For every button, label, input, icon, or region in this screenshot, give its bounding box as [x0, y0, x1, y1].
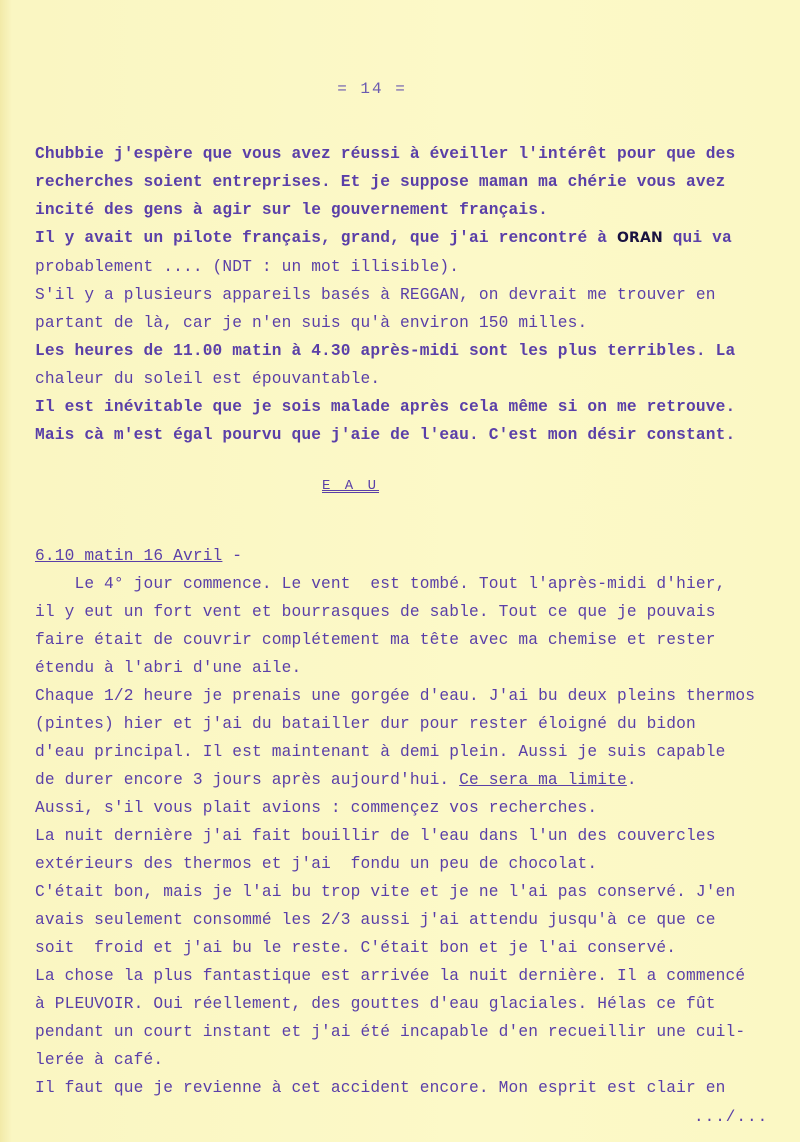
text-line: probablement .... (NDT : un mot illisibl…	[35, 257, 459, 277]
text-line: Chaque 1/2 heure je prenais une gorgée d…	[35, 686, 755, 706]
text-line: (pintes) hier et j'ai du batailler dur p…	[35, 714, 696, 734]
text-line: partant de là, car je n'en suis qu'à env…	[35, 313, 587, 333]
section-title: E A U	[322, 478, 379, 494]
text-line: Le 4° jour commence. Le vent est tombé. …	[35, 574, 726, 594]
text-fragment: Il y avait un pilote français, grand, qu…	[35, 229, 617, 247]
text-line: C'était bon, mais je l'ai bu trop vite e…	[35, 882, 735, 902]
text-line: recherches soient entreprises. Et je sup…	[35, 172, 726, 192]
text-fragment: -	[222, 547, 242, 565]
text-line: La chose la plus fantastique est arrivée…	[35, 966, 745, 986]
text-line: à PLEUVOIR. Oui réellement, des gouttes …	[35, 994, 716, 1014]
text-line: Il faut que je revienne à cet accident e…	[35, 1078, 726, 1098]
text-line: chaleur du soleil est épouvantable.	[35, 369, 380, 389]
text-fragment: .	[627, 771, 637, 789]
text-line: incité des gens à agir sur le gouverneme…	[35, 200, 548, 220]
text-line: pendant un court instant et j'ai été inc…	[35, 1022, 745, 1042]
text-line: lerée à café.	[35, 1050, 163, 1070]
text-line: il y eut un fort vent et bourrasques de …	[35, 602, 716, 622]
date-heading-line: 6.10 matin 16 Avril -	[35, 546, 242, 566]
text-line: étendu à l'abri d'une aile.	[35, 658, 301, 678]
text-fragment: de durer encore 3 jours après aujourd'hu…	[35, 771, 459, 789]
text-line: soit froid et j'ai bu le reste. C'était …	[35, 938, 676, 958]
text-line: Il est inévitable que je sois malade apr…	[35, 397, 735, 417]
text-line: Aussi, s'il vous plait avions : commençe…	[35, 798, 597, 818]
date-heading: 6.10 matin 16 Avril	[35, 547, 222, 565]
place-name-oran: ORAN	[617, 230, 663, 246]
text-line-oran: Il y avait un pilote français, grand, qu…	[35, 228, 732, 248]
text-fragment: qui va	[663, 229, 732, 247]
text-line: Mais cà m'est égal pourvu que j'aie de l…	[35, 425, 735, 445]
text-line-limit: de durer encore 3 jours après aujourd'hu…	[35, 770, 637, 790]
continuation-mark: .../...	[694, 1108, 768, 1126]
text-line: La nuit dernière j'ai fait bouillir de l…	[35, 826, 716, 846]
text-line: S'il y a plusieurs appareils basés à REG…	[35, 285, 716, 305]
underlined-phrase: Ce sera ma limite	[459, 771, 627, 789]
text-line: Les heures de 11.00 matin à 4.30 après-m…	[35, 341, 735, 361]
typewritten-page: = 14 = Chubbie j'espère que vous avez ré…	[0, 0, 800, 1142]
text-line: avais seulement consommé les 2/3 aussi j…	[35, 910, 716, 930]
text-line: faire était de couvrir complétement ma t…	[35, 630, 716, 650]
text-line: extérieurs des thermos et j'ai fondu un …	[35, 854, 597, 874]
page-number: = 14 =	[0, 80, 744, 98]
text-line: Chubbie j'espère que vous avez réussi à …	[35, 144, 735, 164]
text-line: d'eau principal. Il est maintenant à dem…	[35, 742, 726, 762]
